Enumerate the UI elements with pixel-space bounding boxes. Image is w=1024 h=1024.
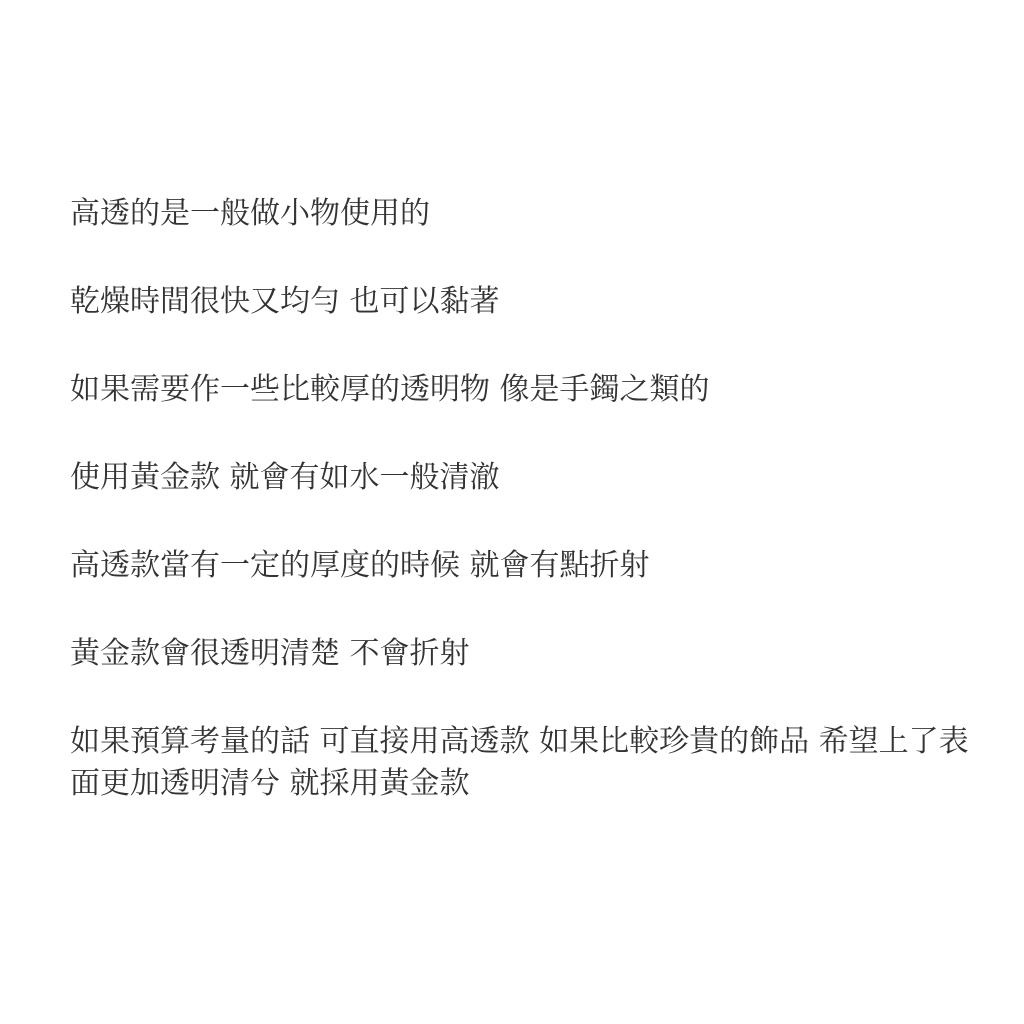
document-body: 高透的是一般做小物使用的 乾燥時間很快又均勻 也可以黏著 如果需要作一些比較厚的… bbox=[70, 193, 990, 805]
paragraph-6: 黃金款會很透明清楚 不會折射 bbox=[70, 633, 990, 675]
paragraph-7: 如果預算考量的話 可直接用高透款 如果比較珍貴的飾品 希望上了表面更加透明清兮 … bbox=[70, 721, 990, 805]
paragraph-5: 高透款當有一定的厚度的時候 就會有點折射 bbox=[70, 545, 990, 587]
paragraph-1: 高透的是一般做小物使用的 bbox=[70, 193, 990, 235]
paragraph-3: 如果需要作一些比較厚的透明物 像是手鐲之類的 bbox=[70, 369, 990, 411]
paragraph-2: 乾燥時間很快又均勻 也可以黏著 bbox=[70, 281, 990, 323]
paragraph-4: 使用黃金款 就會有如水一般清澈 bbox=[70, 457, 990, 499]
